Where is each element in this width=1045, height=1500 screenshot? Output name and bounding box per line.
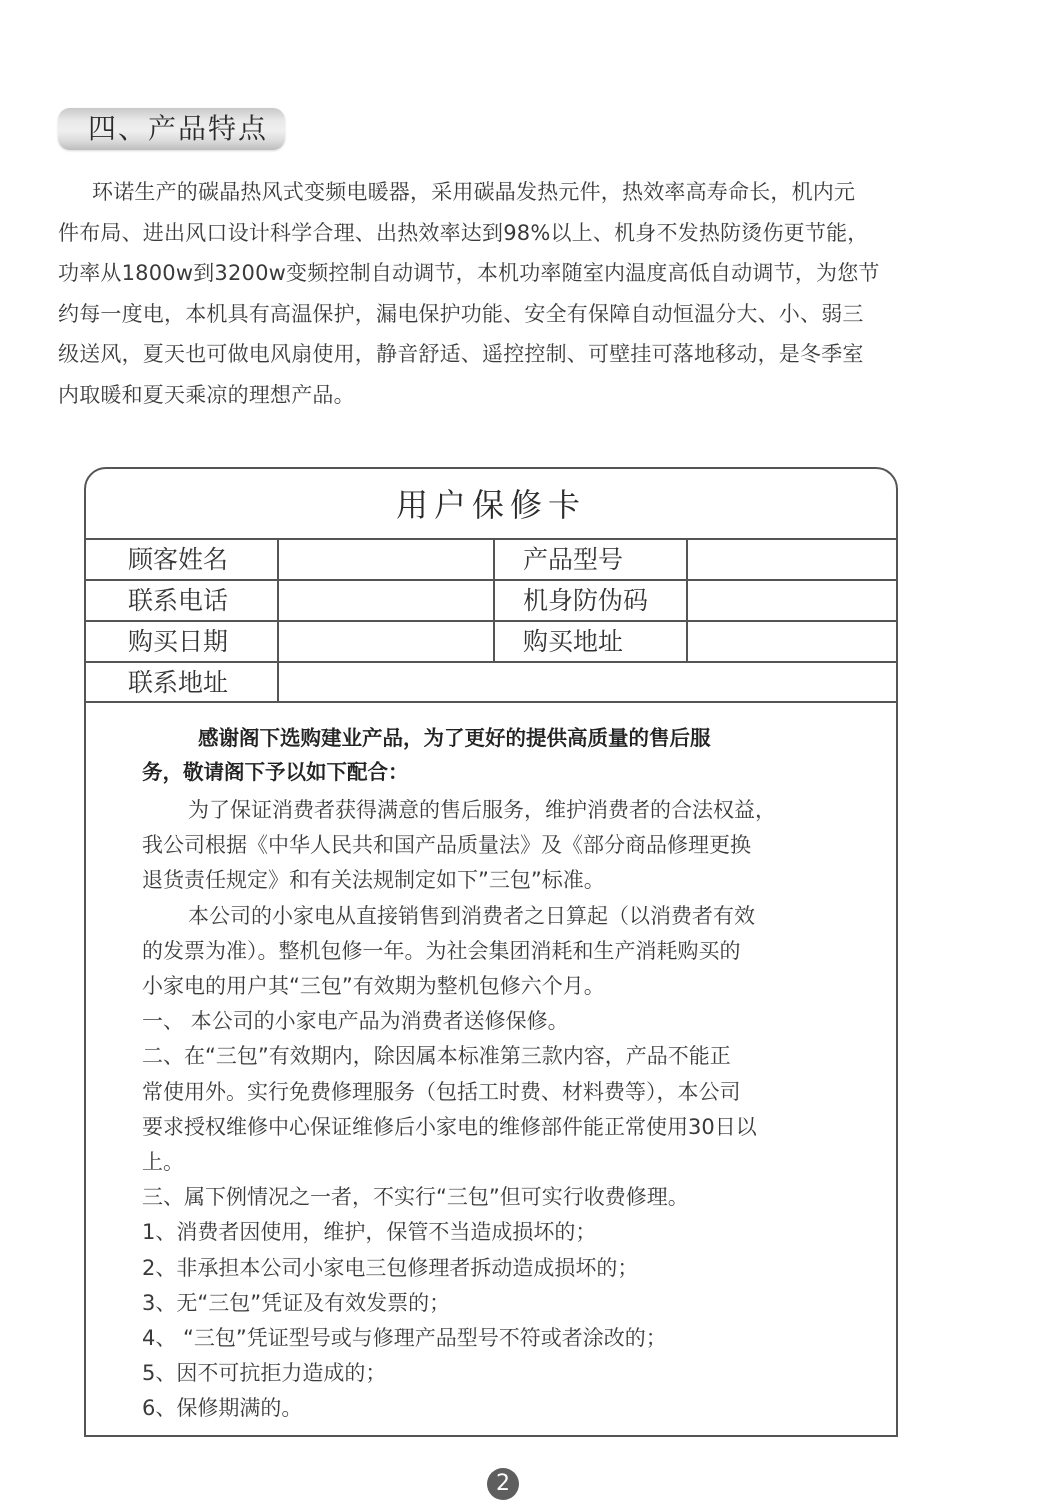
form-row: 联系地址 (86, 661, 896, 703)
terms-line: 3、无“三包”凭证及有效发票的； (142, 1286, 862, 1321)
phone-field[interactable] (277, 581, 493, 620)
phone-label: 联系电话 (86, 581, 278, 620)
terms-line: 1、消费者因使用，维护，保管不当造成损坏的； (142, 1215, 862, 1250)
section-heading: 四、产品特点 (58, 108, 285, 150)
product-model-label: 产品型号 (493, 540, 686, 579)
thank-you-notice: 感谢阁下选购建业产品，为了更好的提供高质量的售后服 务，敬请阁下予以如下配合： (142, 721, 862, 789)
form-row: 顾客姓名 产品型号 (86, 538, 896, 579)
customer-name-field[interactable] (277, 540, 493, 579)
product-features-paragraph: 环诺生产的碳晶热风式变频电暖器，采用碳晶发热元件，热效率高寿命长，机内元 件布局… (58, 172, 958, 415)
form-row: 联系电话 机身防伪码 (86, 579, 896, 620)
intro-line: 功率从1800w到3200w变频控制自动调节，本机功率随室内温度高低自动调节，为… (58, 253, 958, 294)
intro-line: 内取暖和夏天乘凉的理想产品。 (58, 375, 958, 416)
anti-counterfeit-label: 机身防伪码 (493, 581, 686, 620)
terms-line: 二、在“三包”有效期内，除因属本标准第三款内容，产品不能正 (142, 1039, 862, 1074)
terms-line: 常使用外。实行免费修理服务（包括工时费、材料费等），本公司 (142, 1075, 862, 1110)
terms-line: 上。 (142, 1145, 862, 1180)
terms-line: 5、因不可抗拒力造成的； (142, 1356, 862, 1391)
form-row: 购买日期 购买地址 (86, 620, 896, 661)
terms-line: 为了保证消费者获得满意的售后服务，维护消费者的合法权益， (142, 793, 862, 828)
purchase-date-label: 购买日期 (86, 622, 278, 661)
intro-line: 级送风，夏天也可做电风扇使用，静音舒适、遥控控制、可壁挂可落地移动，是冬季室 (58, 334, 958, 375)
purchase-date-field[interactable] (277, 622, 493, 661)
intro-line: 件布局、进出风口设计科学合理、出热效率达到98%以上、机身不发热防烫伤更节能， (58, 213, 958, 254)
page-number-badge: 2 (487, 1468, 519, 1500)
warranty-form: 顾客姓名 产品型号 联系电话 机身防伪码 购买日期 购买地址 联系地址 (86, 538, 896, 703)
terms-line: 6、保修期满的。 (142, 1391, 862, 1426)
terms-line: 4、 “三包”凭证型号或与修理产品型号不符或者涂改的； (142, 1321, 862, 1356)
terms-line: 的发票为准）。整机包修一年。为社会集团消耗和生产消耗购买的 (142, 934, 862, 969)
warranty-card: 用户保修卡 顾客姓名 产品型号 联系电话 机身防伪码 购买日期 购买地址 联系地… (84, 467, 898, 1437)
terms-line: 本公司的小家电从直接销售到消费者之日算起（以消费者有效 (142, 899, 862, 934)
purchase-place-field[interactable] (686, 622, 898, 661)
section-heading-text: 四、产品特点 (88, 112, 268, 146)
contact-address-label: 联系地址 (86, 663, 278, 701)
intro-line: 环诺生产的碳晶热风式变频电暖器，采用碳晶发热元件，热效率高寿命长，机内元 (58, 172, 958, 213)
purchase-place-label: 购买地址 (493, 622, 686, 661)
anti-counterfeit-field[interactable] (686, 581, 898, 620)
terms-line: 退货责任规定》和有关法规制定如下”三包”标准。 (142, 863, 862, 898)
terms-line: 2、非承担本公司小家电三包修理者拆动造成损坏的； (142, 1251, 862, 1286)
terms-line: 三、属下例情况之一者，不实行“三包”但可实行收费修理。 (142, 1180, 862, 1215)
terms-line: 一、 本公司的小家电产品为消费者送修保修。 (142, 1004, 862, 1039)
product-model-field[interactable] (686, 540, 898, 579)
warranty-card-title: 用户保修卡 (86, 469, 896, 539)
terms-line: 小家电的用户其“三包”有效期为整机包修六个月。 (142, 969, 862, 1004)
intro-line: 约每一度电，本机具有高温保护，漏电保护功能、安全有保障自动恒温分大、小、弱三 (58, 294, 958, 335)
customer-name-label: 顾客姓名 (86, 540, 278, 579)
terms-line: 要求授权维修中心保证维修后小家电的维修部件能正常使用30日以 (142, 1110, 862, 1145)
warranty-terms: 感谢阁下选购建业产品，为了更好的提供高质量的售后服 务，敬请阁下予以如下配合： … (142, 721, 862, 1427)
terms-line: 我公司根据《中华人民共和国产品质量法》及《部分商品修理更换 (142, 828, 862, 863)
contact-address-field[interactable] (277, 663, 898, 701)
